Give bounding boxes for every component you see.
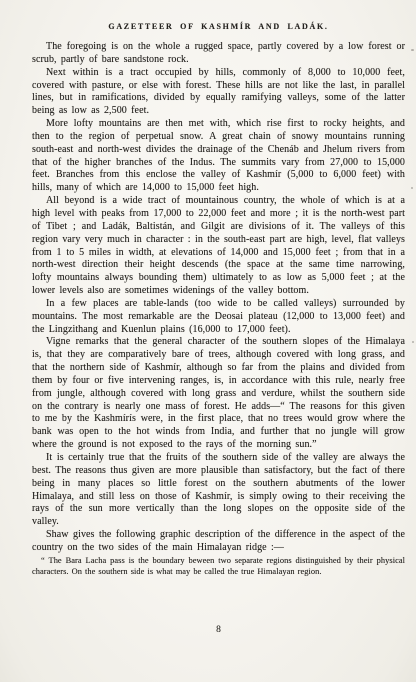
block-quote: “ The Bara Lacha pass is the boundary be… [32, 555, 405, 578]
paragraph-5: In a few places are table-lands (too wid… [32, 298, 405, 337]
paragraph-4: All beyond is a wide tract of mountainou… [32, 195, 405, 298]
page-body: The foregoing is on the whole a rugged s… [32, 41, 405, 578]
paragraph-8: Shaw gives the following graphic descrip… [32, 529, 405, 555]
scan-speck [411, 49, 414, 51]
running-header: GAZETTEER OF KASHMÍR AND LADÁK. [32, 22, 405, 31]
scan-speck [412, 341, 414, 343]
page-number: 8 [32, 625, 405, 635]
paragraph-6: Vigne remarks that the general character… [32, 336, 405, 452]
paragraph-2: Next within is a tract occupied by hills… [32, 67, 405, 118]
scanned-book-page: GAZETTEER OF KASHMÍR AND LADÁK. The fore… [0, 0, 416, 682]
paragraph-1: The foregoing is on the whole a rugged s… [32, 41, 405, 67]
paragraph-7: It is certainly true that the fruits of … [32, 452, 405, 529]
scan-speck [411, 187, 413, 189]
paragraph-3: More lofty mountains are then met with, … [32, 118, 405, 195]
